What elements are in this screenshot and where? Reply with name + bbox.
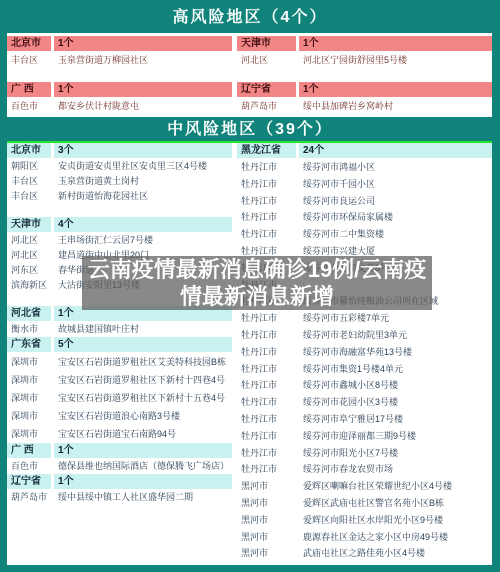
area-row: 牡丹江市绥芬河市老妇幼院里3单元: [237, 327, 492, 344]
address: 绥芬河市五彩楼7单元: [299, 310, 492, 327]
province-name: 辽宁省: [7, 474, 51, 489]
medium-risk-left-column: 北京市3个朝阳区安贞街道安贞里社区安贞里三区4号楼丰台区玉泉营街道黄土岗村丰台区…: [7, 143, 232, 565]
district-name: 丰台区: [7, 52, 51, 68]
area-count: 5个: [54, 337, 232, 352]
address: 绥芬河市千园小区: [299, 176, 492, 193]
district-name: 河北区: [7, 248, 51, 263]
province-header: 广 西1个: [7, 443, 232, 458]
area-row: 牡丹江市绥芬河市阜宁雅居17号楼: [237, 411, 492, 428]
district-name: 牡丹江市: [237, 226, 296, 243]
province-name: 天津市: [237, 36, 296, 51]
medium-risk-right-column: 黑龙江省24个牡丹江市绥芬河市鸿福小区牡丹江市绥芬河市千园小区牡丹江市绥芬河市良…: [237, 143, 492, 565]
district-name: 牡丹江市: [237, 428, 296, 445]
area-row: 葫芦岛市绥中县绥中镇工人社区盛华园二期: [7, 490, 232, 505]
district-name: 百色市: [7, 459, 51, 474]
province-name: 辽宁省: [237, 82, 296, 97]
address: 绥中县加碑岩乡窝岭村: [299, 98, 492, 114]
address: 绥芬河市阳光小区7号楼: [299, 445, 492, 462]
province-header: 黑龙江省24个: [237, 143, 492, 158]
medium-risk-title: 中风险地区（39个）: [0, 117, 500, 141]
district-name: 牡丹江市: [237, 445, 296, 462]
district-name: 朝阳区: [7, 159, 51, 174]
address: 绥芬河市海融富华苑13号楼: [299, 344, 492, 361]
address: 王串场街汇仁云居7号楼: [54, 233, 232, 248]
area-row: 牡丹江市绥芬河市良运公司: [237, 193, 492, 210]
province-header: 天津市1个: [237, 36, 492, 51]
area-row: 丰台区玉泉营街道万柳园社区: [7, 52, 232, 68]
district-name: 葫芦岛市: [237, 98, 296, 114]
area-row: 丰台区新村街道怡海花园社区: [7, 189, 232, 204]
watermark-line-2: 情最新消息新增: [82, 283, 432, 310]
risk-group: 广 西1个百色市德保县维也纳国际酒店（德保腾飞广场店）: [7, 443, 232, 474]
province-header: 广东省5个: [7, 337, 232, 352]
district-name: 牡丹江市: [237, 209, 296, 226]
area-row: 牡丹江市绥芬河市鑫城小区8号楼: [237, 377, 492, 394]
area-count: 1个: [54, 36, 232, 51]
district-name: 滨海新区: [7, 278, 51, 293]
address: 绥中县绥中镇工人社区盛华园二期: [54, 490, 232, 505]
address: 武庙屯社区之路佳苑小区4号楼: [299, 545, 492, 562]
address: 德保县维也纳国际酒店（德保腾飞广场店）: [54, 459, 232, 474]
district-name: 牡丹江市: [237, 377, 296, 394]
district-name: 牡丹江市: [237, 361, 296, 378]
address: 宝安区石岩街道罗租社区下新村十五巷4号: [54, 389, 232, 407]
district-name: 牡丹江市: [237, 159, 296, 176]
address: 宝安区石岩街道罗租社区下新村十四巷4号: [54, 371, 232, 389]
area-row: 牡丹江市绥芬河市阳光小区7号楼: [237, 445, 492, 462]
area-count: 4个: [54, 217, 232, 232]
district-name: 深圳市: [7, 425, 51, 443]
district-name: 牡丹江市: [237, 310, 296, 327]
province-header: 北京市1个: [7, 36, 232, 51]
province-header: 广 西1个: [7, 82, 232, 97]
province-name: 北京市: [7, 36, 51, 51]
address: 宝安区石岩街道浪心南路3号楼: [54, 407, 232, 425]
area-row: 牡丹江市绥芬河市二中集资楼: [237, 226, 492, 243]
area-row: 牡丹江市绥芬河市迎泽丽都三期9号楼: [237, 428, 492, 445]
address: 绥芬河市春龙农贸市场: [299, 461, 492, 478]
high-risk-left-column: 北京市1个丰台区玉泉营街道万柳园社区广 西1个百色市都安乡伏计村陇意屯: [7, 36, 232, 117]
province-header: 北京市3个: [7, 143, 232, 158]
address: 玉泉营街道万柳园社区: [54, 52, 232, 68]
district-name: 丰台区: [7, 174, 51, 189]
area-count: 1个: [54, 474, 232, 489]
district-name: 丰台区: [7, 189, 51, 204]
district-name: 衡水市: [7, 322, 51, 337]
district-name: 牡丹江市: [237, 461, 296, 478]
area-row: 百色市德保县维也纳国际酒店（德保腾飞广场店）: [7, 459, 232, 474]
risk-group: 辽宁省1个葫芦岛市绥中县绥中镇工人社区盛华园二期: [7, 474, 232, 505]
risk-group: 广东省5个深圳市宝安区石岩街道罗租社区艾美特科技园B栋深圳市宝安区石岩街道罗租社…: [7, 337, 232, 443]
address: 宝安区石岩街道宝石南路94号: [54, 425, 232, 443]
address: 新村街道怡海花园社区: [54, 189, 232, 204]
area-row: 牡丹江市绥芬河市海融富华苑13号楼: [237, 344, 492, 361]
province-name: 天津市: [7, 217, 51, 232]
area-row: 河北区王串场街汇仁云居7号楼: [7, 233, 232, 248]
address: 绥芬河市花园小区3号楼: [299, 394, 492, 411]
risk-group: 天津市1个河北区河北区宁园街舒园里5号楼: [237, 36, 492, 68]
province-header: 辽宁省1个: [7, 474, 232, 489]
address: 宝安区石岩街道罗租社区艾美特科技园B栋: [54, 353, 232, 371]
risk-group: 辽宁省1个葫芦岛市绥中县加碑岩乡窝岭村: [237, 82, 492, 114]
address: 爱辉区向阳社区水岸阳光小区9号楼: [299, 512, 492, 529]
district-name: 百色市: [7, 98, 51, 114]
area-row: 河北区河北区宁园街舒园里5号楼: [237, 52, 492, 68]
area-row: 朝阳区安贞街道安贞里社区安贞里三区4号楼: [7, 159, 232, 174]
address: 都安乡伏计村陇意屯: [54, 98, 232, 114]
risk-area-table: 高风险地区（4个） 北京市1个丰台区玉泉营街道万柳园社区广 西1个百色市都安乡伏…: [0, 0, 500, 572]
risk-group: 北京市1个丰台区玉泉营街道万柳园社区: [7, 36, 232, 68]
area-count: 1个: [299, 82, 492, 97]
area-row: 葫芦岛市绥中县加碑岩乡窝岭村: [237, 98, 492, 114]
district-name: 黑河市: [237, 512, 296, 529]
area-row: 黑河市武庙屯社区之路佳苑小区4号楼: [237, 545, 492, 562]
district-name: 牡丹江市: [237, 327, 296, 344]
area-row: 衡水市故城县建国镇叶庄村: [7, 322, 232, 337]
area-row: 牡丹江市绥芬河市春龙农贸市场: [237, 461, 492, 478]
district-name: 黑河市: [237, 529, 296, 546]
district-name: 牡丹江市: [237, 176, 296, 193]
district-name: 葫芦岛市: [7, 490, 51, 505]
risk-group: 河北省1个衡水市故城县建国镇叶庄村: [7, 306, 232, 337]
district-name: 牡丹江市: [237, 193, 296, 210]
area-row: 牡丹江市绥芬河市五彩楼7单元: [237, 310, 492, 327]
address: 绥芬河市阜宁雅居17号楼: [299, 411, 492, 428]
area-row: 黑河市爱辉区向阳社区水岸阳光小区9号楼: [237, 512, 492, 529]
district-name: 牡丹江市: [237, 344, 296, 361]
district-name: 深圳市: [7, 353, 51, 371]
area-row: 牡丹江市绥芬河市花园小区3号楼: [237, 394, 492, 411]
address: 玉泉营街道黄土岗村: [54, 174, 232, 189]
address: 绥芬河市集资1号楼4单元: [299, 361, 492, 378]
area-row: 深圳市宝安区石岩街道浪心南路3号楼: [7, 407, 232, 425]
address: 绥芬河市环保局家属楼: [299, 209, 492, 226]
high-risk-title: 高风险地区（4个）: [0, 0, 500, 33]
area-row: 深圳市宝安区石岩街道宝石南路94号: [7, 425, 232, 443]
address: 绥芬河市迎泽丽都三期9号楼: [299, 428, 492, 445]
high-risk-section: 北京市1个丰台区玉泉营街道万柳园社区广 西1个百色市都安乡伏计村陇意屯 天津市1…: [7, 36, 492, 117]
address: 爱辉区武庙屯社区警官名苑小区B栋: [299, 495, 492, 512]
area-row: 牡丹江市绥芬河市环保局家属楼: [237, 209, 492, 226]
province-name: 河北省: [7, 306, 51, 321]
medium-risk-section: 北京市3个朝阳区安贞街道安贞里社区安贞里三区4号楼丰台区玉泉营街道黄土岗村丰台区…: [7, 143, 492, 565]
area-count: 3个: [54, 143, 232, 158]
address: 安贞街道安贞里社区安贞里三区4号楼: [54, 159, 232, 174]
district-name: 深圳市: [7, 389, 51, 407]
area-count: 24个: [299, 143, 492, 158]
address: 绥芬河市老妇幼院里3单元: [299, 327, 492, 344]
watermark-line-1: 云南疫情最新消息确诊19例/云南疫: [82, 256, 432, 283]
area-row: 深圳市宝安区石岩街道罗租社区下新村十四巷4号: [7, 371, 232, 389]
district-name: 牡丹江市: [237, 411, 296, 428]
address: 绥芬河市鸿福小区: [299, 159, 492, 176]
area-row: 牡丹江市绥芬河市鸿福小区: [237, 159, 492, 176]
address: 绥芬河市良运公司: [299, 193, 492, 210]
district-name: 牡丹江市: [237, 394, 296, 411]
area-row: 黑河市爱辉区喇嘛台社区荣耀世纪小区4号楼: [237, 478, 492, 495]
area-row: 百色市都安乡伏计村陇意屯: [7, 98, 232, 114]
province-name: 广 西: [7, 443, 51, 458]
district-name: 黑河市: [237, 545, 296, 562]
district-name: 黑河市: [237, 495, 296, 512]
area-row: 牡丹江市绥芬河市千园小区: [237, 176, 492, 193]
district-name: 河北区: [7, 233, 51, 248]
area-row: 深圳市宝安区石岩街道罗租社区下新村十五巷4号: [7, 389, 232, 407]
address: 绥芬河市二中集资楼: [299, 226, 492, 243]
province-name: 广东省: [7, 337, 51, 352]
province-name: 广 西: [7, 82, 51, 97]
province-name: 北京市: [7, 143, 51, 158]
area-row: 黑河市爱辉区武庙屯社区警官名苑小区B栋: [237, 495, 492, 512]
province-header: 辽宁省1个: [237, 82, 492, 97]
district-name: 河东区: [7, 263, 51, 278]
province-name: 黑龙江省: [237, 143, 296, 158]
area-row: 牡丹江市绥芬河市集资1号楼4单元: [237, 361, 492, 378]
area-row: 丰台区玉泉营街道黄土岗村: [7, 174, 232, 189]
watermark-overlay: 云南疫情最新消息确诊19例/云南疫 情最新消息新增: [82, 256, 432, 310]
risk-group: 黑龙江省24个牡丹江市绥芬河市鸿福小区牡丹江市绥芬河市千园小区牡丹江市绥芬河市良…: [237, 143, 492, 562]
province-header: 天津市4个: [7, 217, 232, 232]
risk-group: 北京市3个朝阳区安贞街道安贞里社区安贞里三区4号楼丰台区玉泉营街道黄土岗村丰台区…: [7, 143, 232, 204]
area-count: 1个: [299, 36, 492, 51]
area-row: 黑河市鹿源春社区金达之家小区中房49号楼: [237, 529, 492, 546]
area-count: 1个: [54, 82, 232, 97]
high-risk-right-column: 天津市1个河北区河北区宁园街舒园里5号楼辽宁省1个葫芦岛市绥中县加碑岩乡窝岭村: [237, 36, 492, 117]
area-row: 深圳市宝安区石岩街道罗租社区艾美特科技园B栋: [7, 353, 232, 371]
address: 绥芬河市鑫城小区8号楼: [299, 377, 492, 394]
district-name: 黑河市: [237, 478, 296, 495]
district-name: 河北区: [237, 52, 296, 68]
area-count: 1个: [54, 443, 232, 458]
district-name: 深圳市: [7, 407, 51, 425]
address: 河北区宁园街舒园里5号楼: [299, 52, 492, 68]
address: 故城县建国镇叶庄村: [54, 322, 232, 337]
risk-group: 广 西1个百色市都安乡伏计村陇意屯: [7, 82, 232, 114]
district-name: 深圳市: [7, 371, 51, 389]
address: 鹿源春社区金达之家小区中房49号楼: [299, 529, 492, 546]
address: 爱辉区喇嘛台社区荣耀世纪小区4号楼: [299, 478, 492, 495]
